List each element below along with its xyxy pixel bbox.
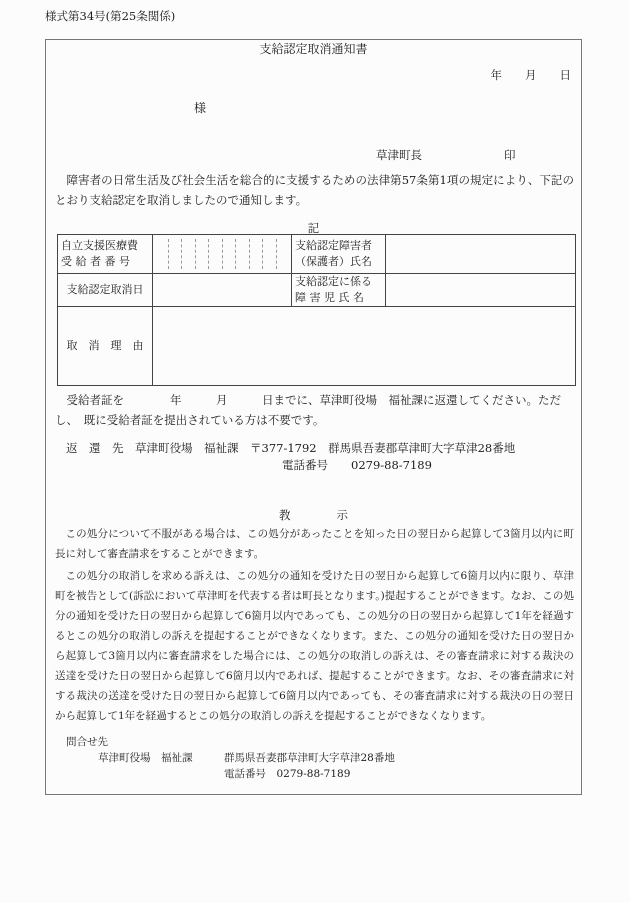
instruction-heading: 教 示 xyxy=(46,507,581,523)
table-row: 取 消 理 由 xyxy=(58,307,576,386)
digit-box xyxy=(196,239,210,269)
reason-value xyxy=(153,307,576,386)
issuer-name: 草津町長 xyxy=(376,147,422,163)
recipient-number-field xyxy=(153,235,292,274)
recipient-number-label: 自立支援医療費 受 給 者 番 号 xyxy=(58,235,153,274)
cancel-date-label: 支給認定取消日 xyxy=(58,274,153,307)
digit-box xyxy=(155,239,169,269)
child-name-label: 支給認定に係る 障 害 児 氏 名 xyxy=(292,274,386,307)
digit-box xyxy=(169,239,183,269)
seal-mark: 印 xyxy=(504,147,516,163)
contact-address-line: 草津町役場 福祉課 群馬県吾妻郡草津町大字草津28番地 xyxy=(98,750,395,766)
recipient-number-label-line1: 自立支援医療費 xyxy=(58,238,152,254)
child-name-label-line1: 支給認定に係る xyxy=(292,274,385,290)
recipient-name-label-line2: （保護者）氏名 xyxy=(292,254,385,270)
cancellation-detail-table: 自立支援医療費 受 給 者 番 号 支給認定障害者 （保護者）氏名 支給認定取消… xyxy=(57,234,576,386)
return-instruction-paragraph: 受給者証を 年 月 日までに、草津町役場 福祉課に返還してください。ただし、 既… xyxy=(55,390,574,430)
addressee-honorific: 様 xyxy=(194,99,206,116)
contact-phone-line: 電話番号 0279-88-7189 xyxy=(224,766,395,782)
child-name-value xyxy=(386,274,576,307)
intro-paragraph: 障害者の日常生活及び社会生活を総合的に支援するための法律第57条第1項の規定によ… xyxy=(55,170,574,210)
recipient-number-boxes xyxy=(153,235,291,273)
return-phone-line: 電話番号 0279-88-7189 xyxy=(282,457,432,473)
contact-heading: 問合せ先 xyxy=(66,734,395,750)
document-title: 支給認定取消通知書 xyxy=(46,41,581,57)
table-row: 自立支援医療費 受 給 者 番 号 支給認定障害者 （保護者）氏名 xyxy=(58,235,576,274)
table-row: 支給認定取消日 支給認定に係る 障 害 児 氏 名 xyxy=(58,274,576,307)
contact-block: 問合せ先 草津町役場 福祉課 群馬県吾妻郡草津町大字草津28番地 電話番号 02… xyxy=(66,734,395,782)
digit-box xyxy=(263,239,277,269)
digit-box xyxy=(250,239,264,269)
return-address-line: 返 還 先 草津町役場 福祉課 〒377-1792 群馬県吾妻郡草津町大字草津2… xyxy=(66,440,515,456)
digit-box xyxy=(182,239,196,269)
form-number-label: 様式第34号(第25条関係) xyxy=(45,8,175,24)
cancel-date-value xyxy=(153,274,292,307)
digit-box xyxy=(277,239,290,269)
instruction-body: この処分について不服がある場合は、この処分があったことを知った日の翌日から起算し… xyxy=(55,524,574,726)
recipient-name-value xyxy=(386,235,576,274)
notice-box: 支給認定取消通知書 年 月 日 様 草津町長 印 障害者の日常生活及び社会生活を… xyxy=(45,39,582,795)
recipient-name-label: 支給認定障害者 （保護者）氏名 xyxy=(292,235,386,274)
digit-box xyxy=(209,239,223,269)
reason-label: 取 消 理 由 xyxy=(58,307,153,386)
digit-box xyxy=(223,239,237,269)
recipient-number-label-line2: 受 給 者 番 号 xyxy=(58,254,152,270)
instruction-paragraph-1: この処分について不服がある場合は、この処分があったことを知った日の翌日から起算し… xyxy=(55,524,574,564)
recipient-name-label-line1: 支給認定障害者 xyxy=(292,238,385,254)
digit-box xyxy=(236,239,250,269)
child-name-label-line2: 障 害 児 氏 名 xyxy=(292,290,385,306)
instruction-paragraph-2: この処分の取消しを求める訴えは、この処分の通知を受けた日の翌日から起算して6箇月… xyxy=(55,566,574,726)
document-page: 様式第34号(第25条関係) 支給認定取消通知書 年 月 日 様 草津町長 印 … xyxy=(0,0,630,903)
issue-date-line: 年 月 日 xyxy=(46,67,581,83)
